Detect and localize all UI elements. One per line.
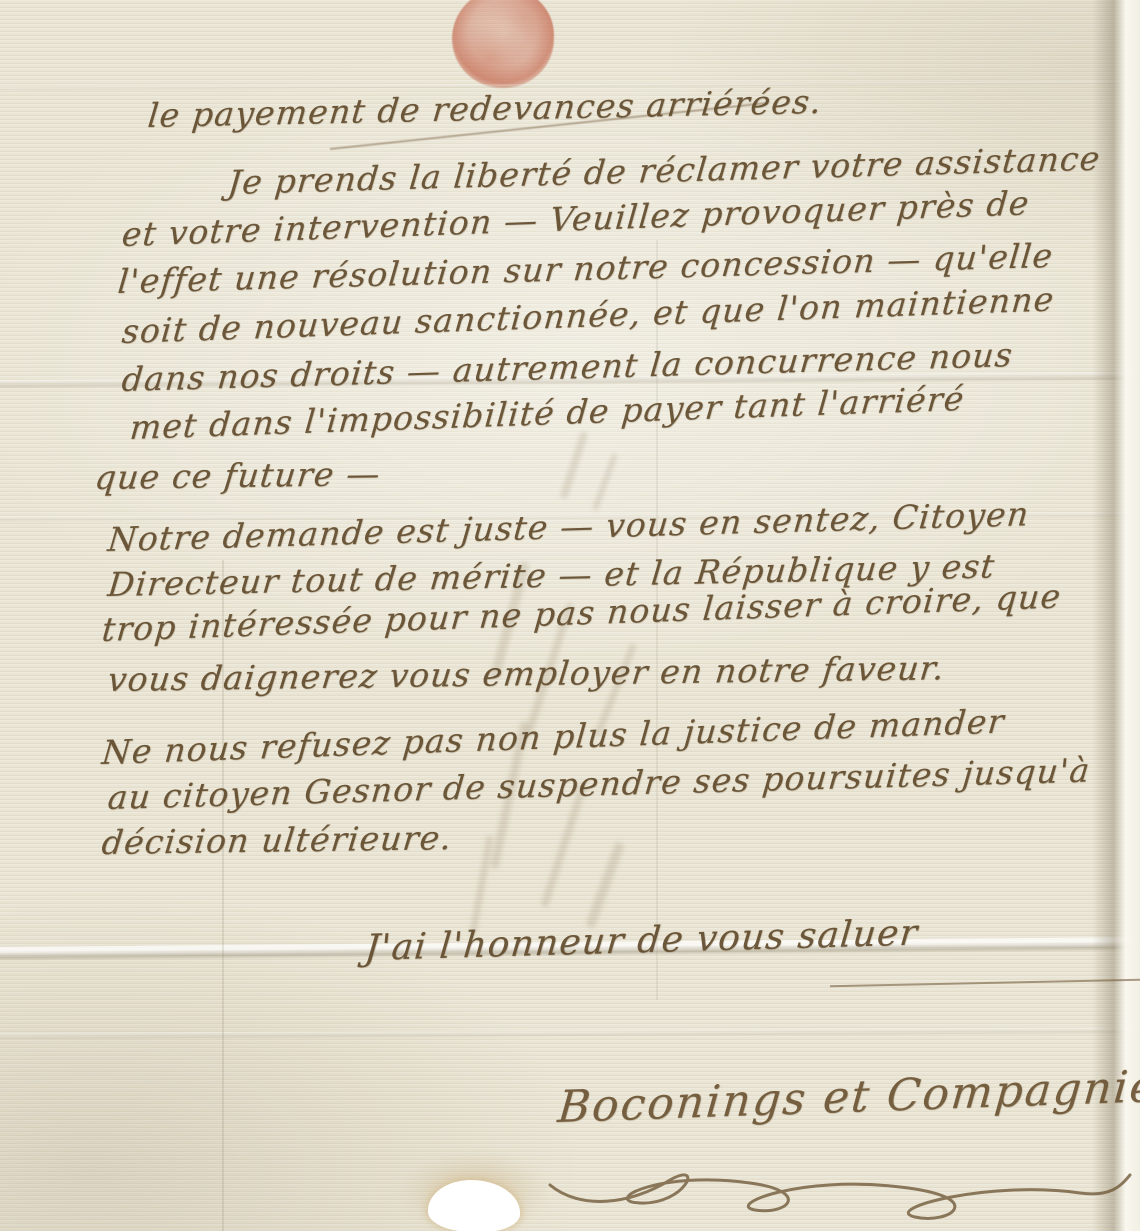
pen-hairline — [830, 979, 1140, 987]
ink-bleed-mark — [585, 841, 625, 929]
ink-bleed-mark — [592, 453, 618, 511]
crease-line — [0, 1027, 1140, 1039]
ink-bleed-mark — [559, 430, 588, 499]
wax-seal-stain — [452, 0, 554, 88]
handwritten-line: vous daignerez vous employer en notre fa… — [106, 648, 947, 699]
handwritten-line: que ce future — — [93, 454, 383, 497]
paper-fold-edge — [1092, 0, 1140, 1231]
closing-salutation: J'ai l'honneur de vous saluer — [363, 912, 920, 969]
handwritten-line: le payement de redevances arriérées. — [146, 82, 824, 135]
signature: Boconings et Compagnie — [556, 1061, 1140, 1133]
scanned-letter-page: le payement de redevances arriérées. Je … — [0, 0, 1140, 1231]
ink-bleed-mark — [469, 835, 493, 935]
handwritten-line: décision ultérieure. — [100, 818, 455, 862]
